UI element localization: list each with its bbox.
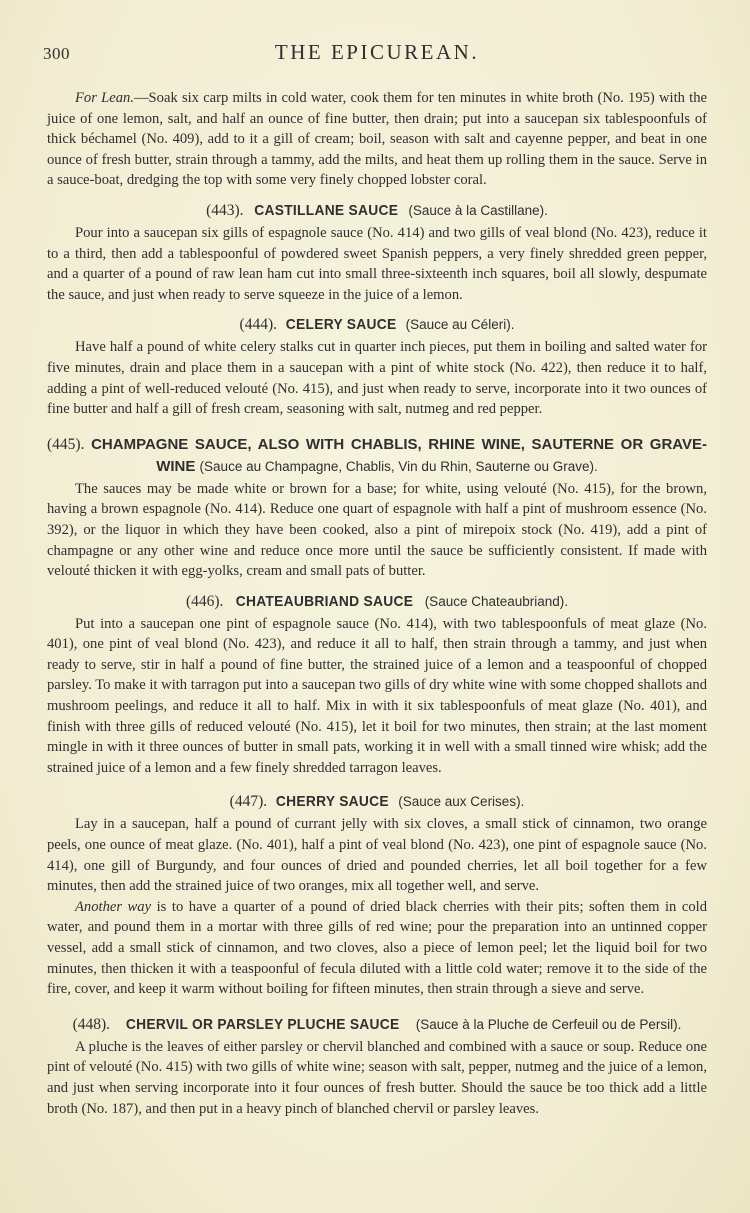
recipe-french-title: (Sauce au Champagne, Chablis, Vin du Rhi… xyxy=(200,459,598,474)
running-head: 300 THE EPICUREAN. xyxy=(47,40,707,66)
alternate-italic-lead: Another way xyxy=(75,899,151,915)
recipe-title: CHERVIL OR PARSLEY PLUCHE SAUCE xyxy=(126,1014,400,1036)
recipe-number: (447). xyxy=(230,793,267,810)
recipe-number: (448). xyxy=(73,1016,110,1033)
intro-italic-lead: For Lean. xyxy=(75,90,134,106)
recipe-heading-445: (445). CHAMPAGNE SAUCE, ALSO WITH CHABLI… xyxy=(47,434,707,478)
recipe-paragraph: Put into a saucepan one pint of espagnol… xyxy=(47,614,707,779)
running-title: THE EPICUREAN. xyxy=(47,40,707,65)
recipe-french-title: (Sauce à la Castillane). xyxy=(408,203,548,218)
recipe-number: (443). xyxy=(206,202,243,219)
recipe-french-title: (Sauce aux Cerises). xyxy=(398,794,524,809)
recipe-paragraph: A pluche is the leaves of either parsley… xyxy=(47,1037,707,1119)
recipe-paragraph: Pour into a saucepan six gills of espagn… xyxy=(47,223,707,305)
recipe-paragraph: Have half a pound of white celery stalks… xyxy=(47,337,707,419)
recipe-title: CELERY SAUCE xyxy=(286,314,397,336)
recipe-title: CASTILLANE SAUCE xyxy=(254,200,398,222)
recipe-title: CHATEAUBRIAND SAUCE xyxy=(235,591,412,613)
recipe-heading-448: (448). CHERVIL OR PARSLEY PLUCHE SAUCE (… xyxy=(47,1014,707,1036)
recipe-french-title: (Sauce Chateaubriand). xyxy=(425,594,568,609)
intro-paragraph: For Lean.—Soak six carp milts in cold wa… xyxy=(47,88,707,191)
recipe-number: (444). xyxy=(240,316,277,333)
recipe-heading-444: (444). CELERY SAUCE (Sauce au Céleri). xyxy=(47,314,707,336)
recipe-paragraph: The sauces may be made white or brown fo… xyxy=(47,479,707,582)
recipe-heading-446: (446). CHATEAUBRIAND SAUCE (Sauce Chatea… xyxy=(47,591,707,613)
recipe-heading-447: (447). CHERRY SAUCE (Sauce aux Cerises). xyxy=(47,791,707,813)
recipe-number: (445). xyxy=(47,436,84,453)
recipe-number: (446). xyxy=(186,593,223,610)
recipe-heading-443: (443). CASTILLANE SAUCE (Sauce à la Cast… xyxy=(47,200,707,222)
recipe-alternate-paragraph: Another way is to have a quarter of a po… xyxy=(47,897,707,1000)
intro-text: —Soak six carp milts in cold water, cook… xyxy=(47,90,707,188)
page-content: For Lean.—Soak six carp milts in cold wa… xyxy=(47,88,707,1119)
recipe-french-title: (Sauce au Céleri). xyxy=(406,317,515,332)
recipe-title: CHERRY SAUCE xyxy=(276,791,389,813)
recipe-french-title: (Sauce à la Pluche de Cerfeuil ou de Per… xyxy=(416,1017,682,1032)
recipe-paragraph: Lay in a saucepan, half a pound of curra… xyxy=(47,814,707,896)
